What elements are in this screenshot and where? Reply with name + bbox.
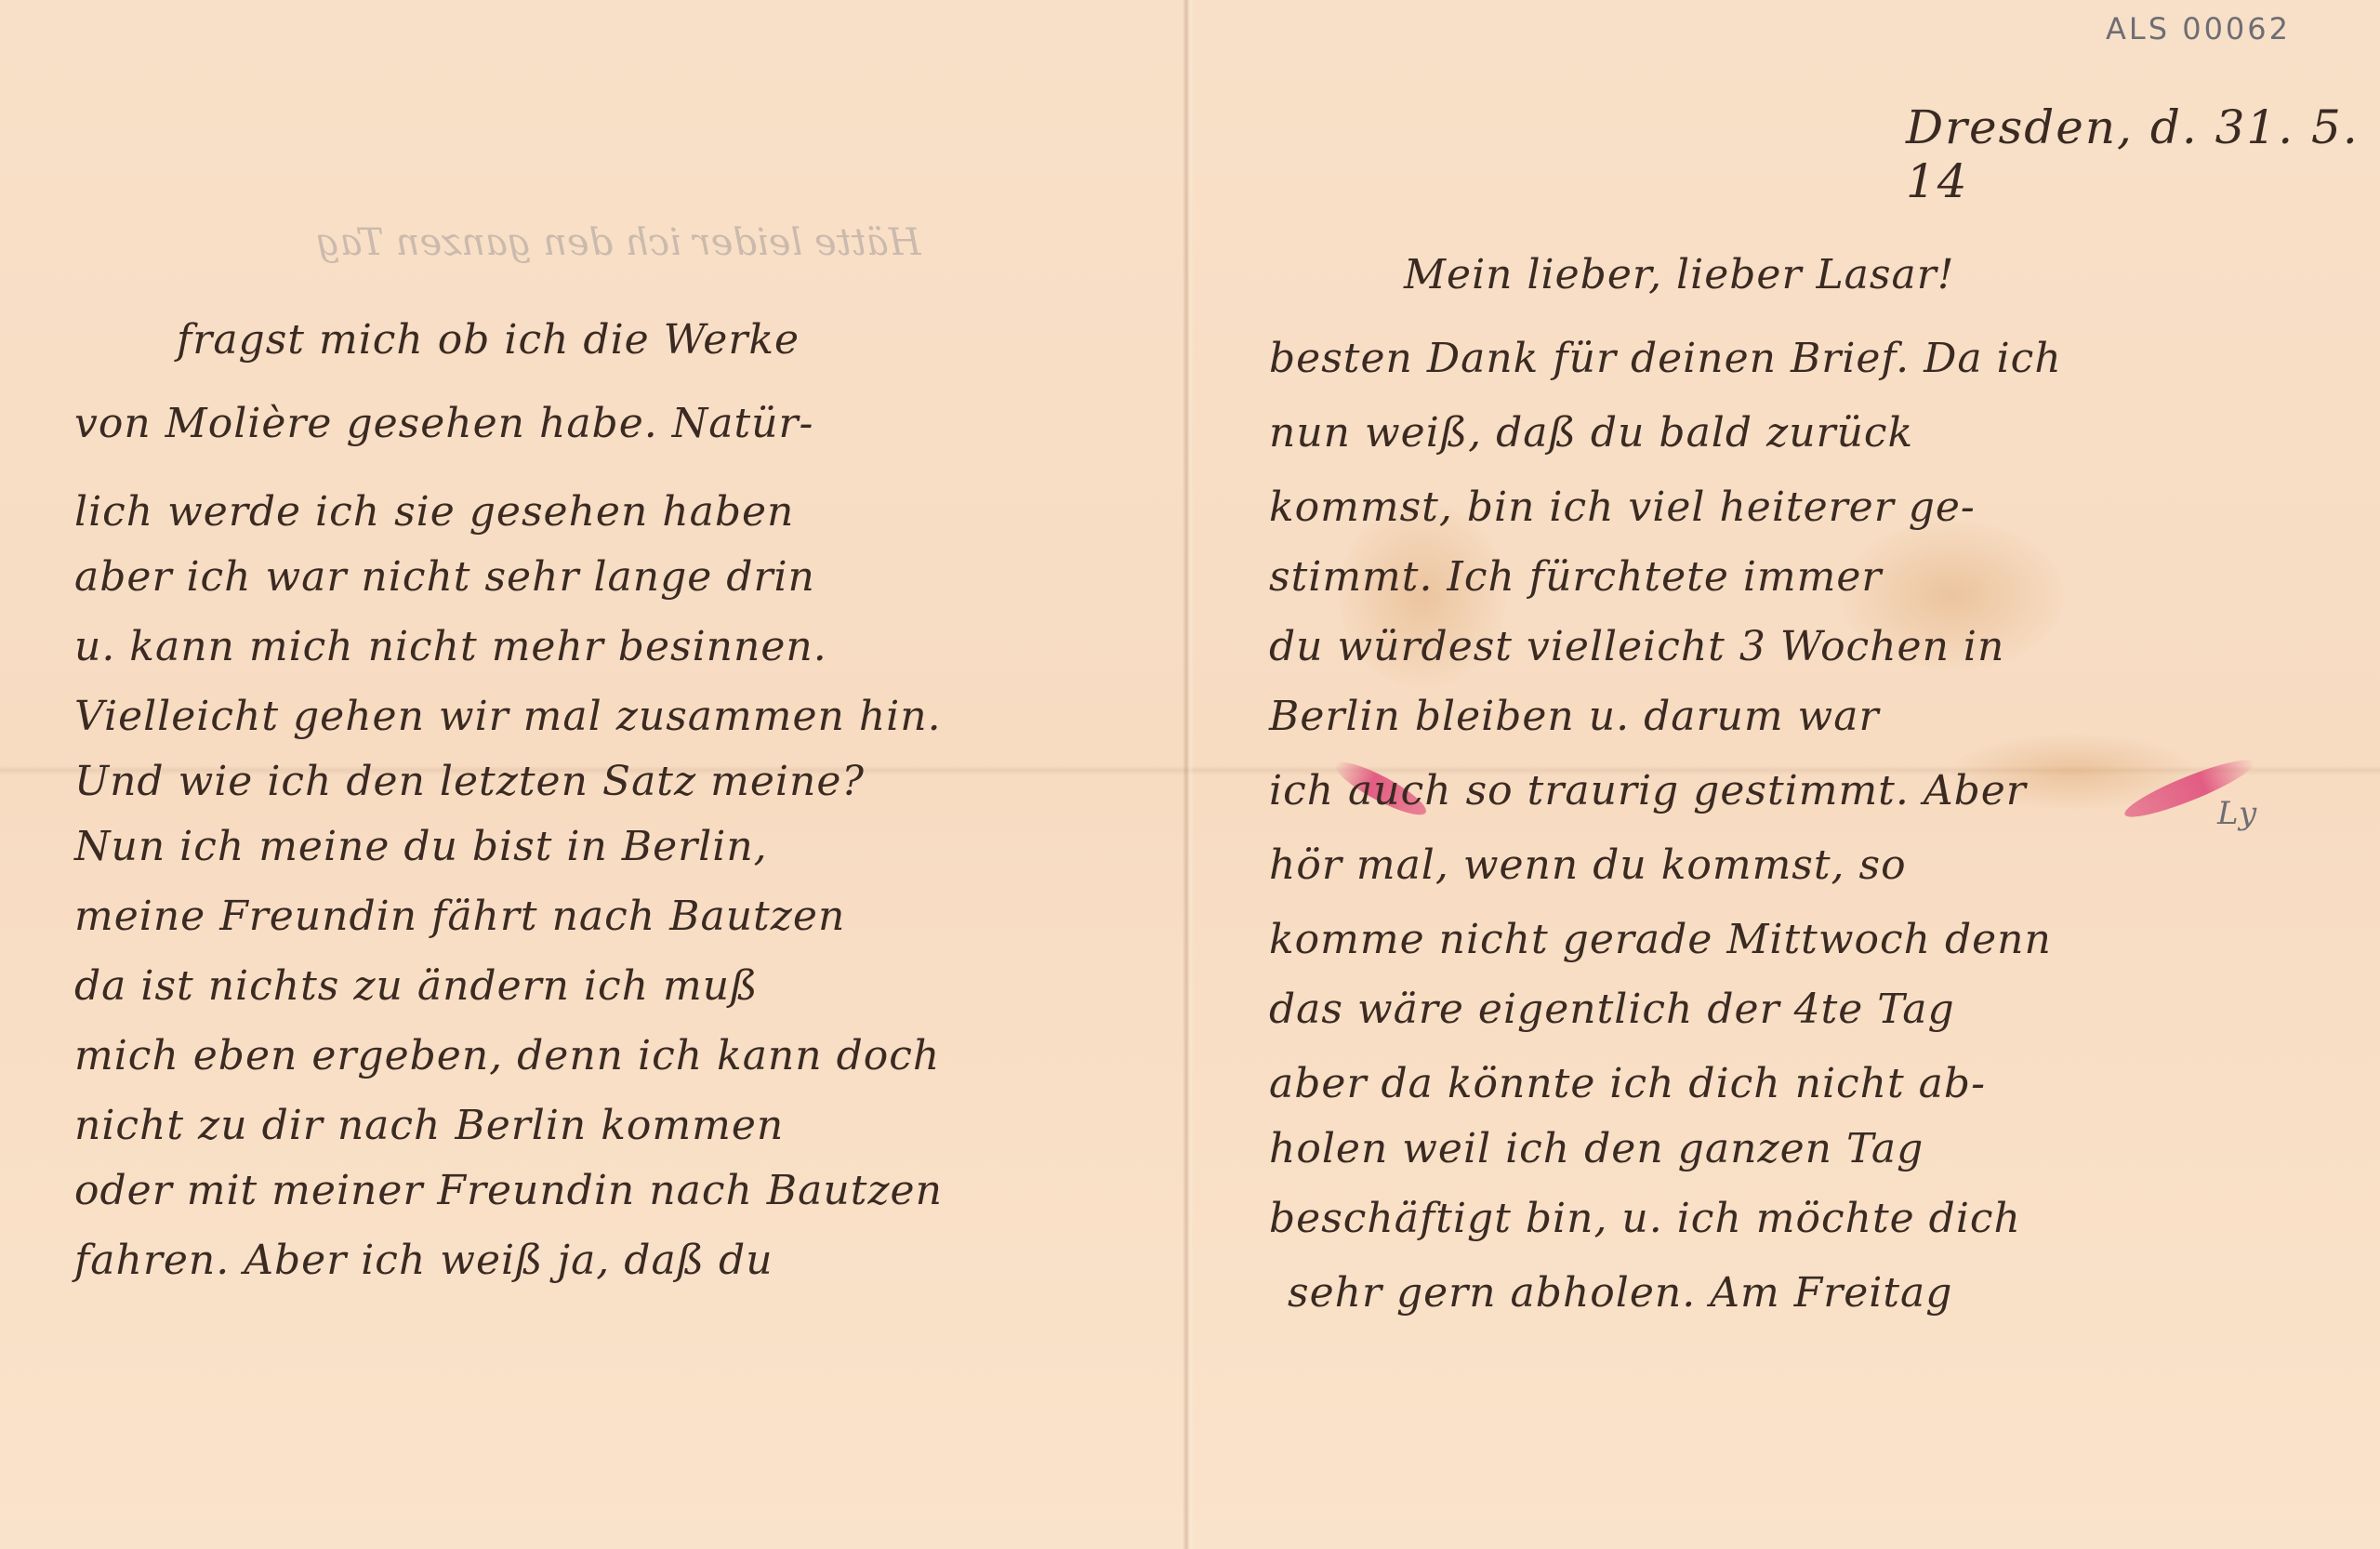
- letter-spread: Hätte leider ich den ganzen Tag fragst m…: [0, 0, 2380, 1549]
- letter-line: lich werde ich sie gesehen haben: [74, 488, 794, 536]
- letter-line: stimmt. Ich fürchtete immer: [1269, 553, 1882, 601]
- letter-line: fahren. Aber ich weiß ja, daß du: [74, 1237, 773, 1284]
- show-through-text: Hätte leider ich den ganzen Tag: [316, 212, 921, 273]
- letter-line: aber da könnte ich dich nicht ab-: [1269, 1060, 1986, 1107]
- letter-line: komme nicht gerade Mittwoch denn: [1269, 916, 2052, 963]
- letter-line: von Molière gesehen habe. Natür-: [74, 400, 813, 447]
- letter-line: du würdest vielleicht 3 Wochen in: [1269, 623, 2004, 670]
- letter-line: nicht zu dir nach Berlin kommen: [74, 1102, 784, 1149]
- letter-line: nun weiß, daß du bald zurück: [1269, 409, 1913, 457]
- letter-line: das wäre eigentlich der 4te Tag: [1269, 986, 1955, 1033]
- letter-line: beschäftigt bin, u. ich möchte dich: [1269, 1195, 2021, 1242]
- letter-line: kommst, bin ich viel heiterer ge-: [1269, 483, 1976, 531]
- letter-line: Berlin bleiben u. darum war: [1269, 693, 1879, 740]
- letter-line: besten Dank für deinen Brief. Da ich: [1269, 335, 2062, 382]
- dateline: Dresden, d. 31. 5. 14: [1906, 100, 2380, 208]
- letter-line: Und wie ich den letzten Satz meine?: [74, 758, 865, 805]
- letter-line: mich eben ergeben, denn ich kann doch: [74, 1032, 940, 1079]
- archive-id-label: ALS 00062: [2106, 11, 2291, 46]
- margin-pencil-note: Ly: [2217, 795, 2257, 832]
- letter-line: meine Freundin fährt nach Bautzen: [74, 893, 845, 940]
- letter-line: hör mal, wenn du kommst, so: [1269, 841, 1907, 889]
- letter-line: oder mit meiner Freundin nach Bautzen: [74, 1167, 943, 1214]
- letter-line: ich auch so traurig gestimmt. Aber: [1269, 767, 2027, 814]
- letter-line: holen weil ich den ganzen Tag: [1269, 1125, 1924, 1172]
- letter-line: fragst mich ob ich die Werke: [177, 316, 800, 364]
- letter-line: Vielleicht gehen wir mal zusammen hin.: [74, 693, 942, 740]
- left-page: Hätte leider ich den ganzen Tag fragst m…: [0, 0, 1186, 1549]
- letter-line: sehr gern abholen. Am Freitag: [1288, 1269, 1952, 1317]
- letter-line: aber ich war nicht sehr lange drin: [74, 553, 815, 601]
- letter-line: Nun ich meine du bist in Berlin,: [74, 823, 768, 870]
- letter-line: u. kann mich nicht mehr besinnen.: [74, 623, 827, 670]
- letter-line: da ist nichts zu ändern ich muß: [74, 962, 758, 1010]
- salutation: Mein lieber, lieber Lasar!: [1404, 251, 1954, 298]
